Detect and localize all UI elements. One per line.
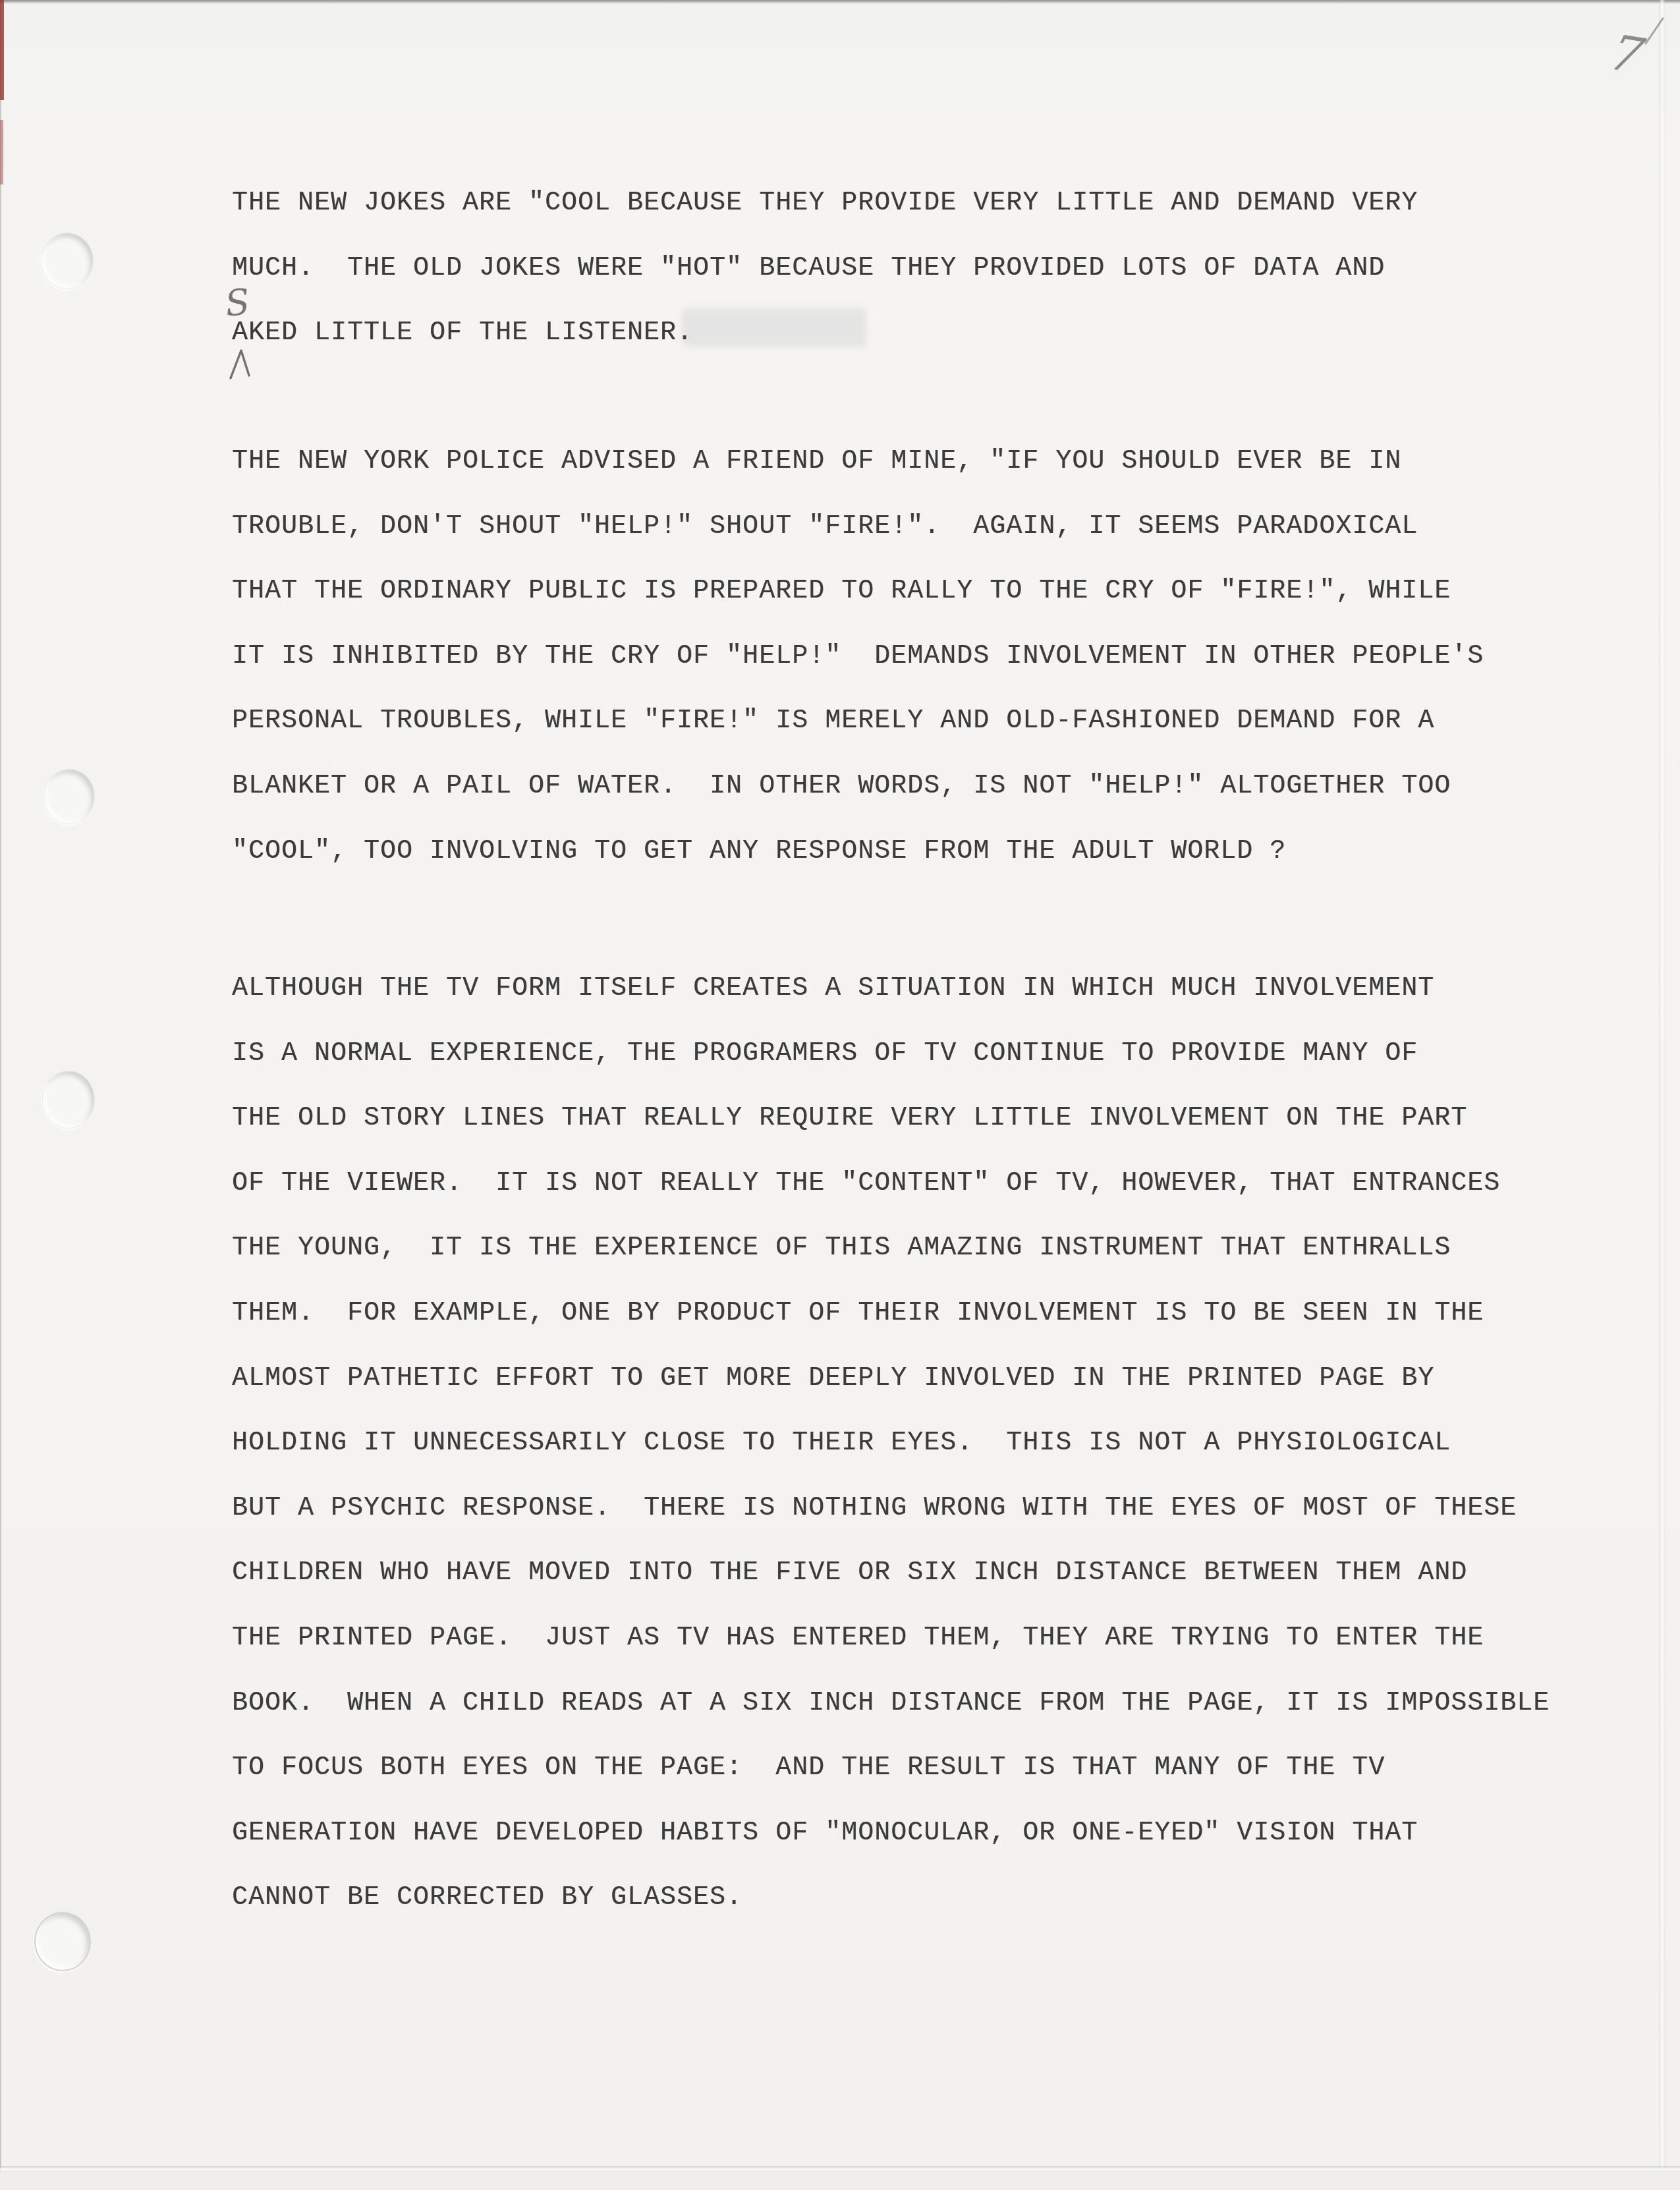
text-line: "COOL", TOO INVOLVING TO GET ANY RESPONS… xyxy=(232,820,1484,885)
text-line: IT IS INHIBITED BY THE CRY OF "HELP!" DE… xyxy=(232,625,1484,690)
text-line: THE NEW YORK POLICE ADVISED A FRIEND OF … xyxy=(232,430,1484,495)
page-number-flourish-stroke xyxy=(1608,14,1667,87)
text-line: OF THE VIEWER. IT IS NOT REALLY THE "CON… xyxy=(232,1152,1550,1217)
red-edge-mark xyxy=(0,120,3,184)
text-line: BOOK. WHEN A CHILD READS AT A SIX INCH D… xyxy=(232,1671,1550,1737)
text-line: IS A NORMAL EXPERIENCE, THE PROGRAMERS O… xyxy=(232,1022,1550,1087)
text-line: BLANKET OR A PAIL OF WATER. IN OTHER WOR… xyxy=(232,754,1484,820)
underlying-sheet xyxy=(0,2172,1680,2190)
erasure-smudge xyxy=(682,308,866,347)
scan-left-edge xyxy=(0,0,1,2190)
scan-top-edge xyxy=(0,0,1680,4)
sheet-right-edge xyxy=(1659,0,1666,2190)
text-line: ALMOST PATHETIC EFFORT TO GET MORE DEEPL… xyxy=(232,1347,1550,1412)
text-line: THE YOUNG, IT IS THE EXPERIENCE OF THIS … xyxy=(232,1216,1550,1281)
punch-hole xyxy=(41,233,94,289)
handwritten-insertion-s: S xyxy=(223,281,252,325)
text-line: TROUBLE, DON'T SHOUT "HELP!" SHOUT "FIRE… xyxy=(232,495,1484,560)
text-line: HOLDING IT UNNECESSARILY CLOSE TO THEIR … xyxy=(232,1411,1550,1476)
scanned-typewritten-page: 7 THE NEW JOKES ARE "COOL BECAUSE THEY P… xyxy=(0,0,1680,2190)
sheet-bottom-crease xyxy=(0,2166,1680,2172)
text-line: GENERATION HAVE DEVELOPED HABITS OF "MON… xyxy=(232,1801,1550,1867)
punch-hole xyxy=(42,1071,95,1129)
punch-hole xyxy=(34,1912,91,1971)
paragraph-3: ALTHOUGH THE TV FORM ITSELF CREATES A SI… xyxy=(232,957,1550,1931)
punch-hole xyxy=(43,769,95,824)
text-line: THEM. FOR EXAMPLE, ONE BY PRODUCT OF THE… xyxy=(232,1281,1550,1347)
text-line: MUCH. THE OLD JOKES WERE "HOT" BECAUSE T… xyxy=(232,237,1418,302)
text-line: THAT THE ORDINARY PUBLIC IS PREPARED TO … xyxy=(232,559,1484,625)
text-line: PERSONAL TROUBLES, WHILE "FIRE!" IS MERE… xyxy=(232,689,1484,754)
text-line: THE PRINTED PAGE. JUST AS TV HAS ENTERED… xyxy=(232,1606,1550,1671)
text-line: ALTHOUGH THE TV FORM ITSELF CREATES A SI… xyxy=(232,957,1550,1022)
caret-insertion-mark-icon xyxy=(227,345,258,382)
text-line: TO FOCUS BOTH EYES ON THE PAGE: AND THE … xyxy=(232,1736,1550,1801)
red-edge-mark xyxy=(0,0,4,100)
text-line: THE NEW JOKES ARE "COOL BECAUSE THEY PRO… xyxy=(232,171,1418,237)
text-line: BUT A PSYCHIC RESPONSE. THERE IS NOTHING… xyxy=(232,1476,1550,1542)
handwritten-page-number: 7 xyxy=(1608,14,1667,87)
text-line: CANNOT BE CORRECTED BY GLASSES. xyxy=(232,1866,1550,1931)
text-line: THE OLD STORY LINES THAT REALLY REQUIRE … xyxy=(232,1086,1550,1152)
paragraph-2: THE NEW YORK POLICE ADVISED A FRIEND OF … xyxy=(232,430,1484,884)
text-line: CHILDREN WHO HAVE MOVED INTO THE FIVE OR… xyxy=(232,1541,1550,1606)
